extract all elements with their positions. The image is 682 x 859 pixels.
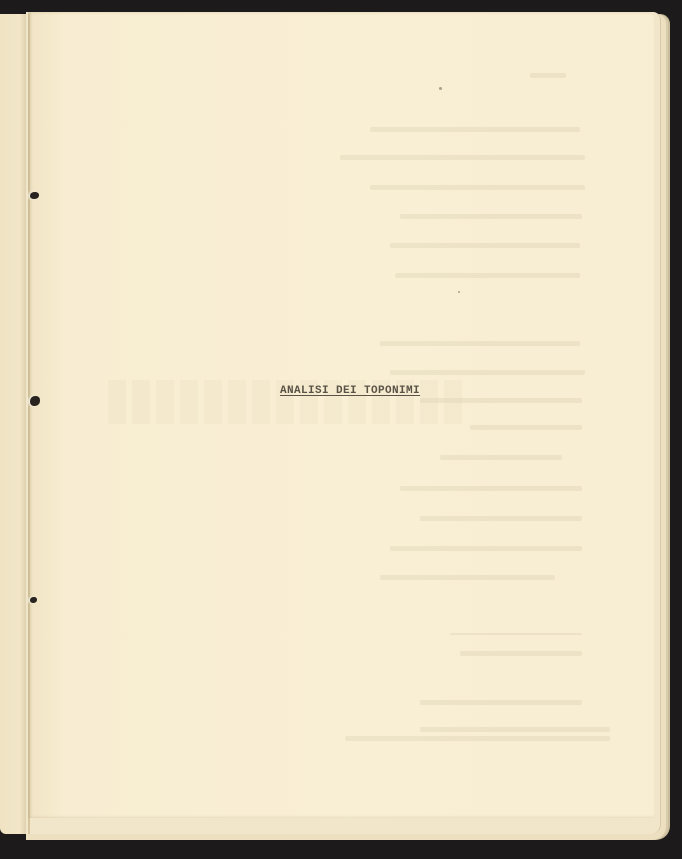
binding-gutter: [28, 14, 30, 834]
bleed-through-line: [390, 370, 585, 375]
section-heading: ANALISI DEI TOPONIMI: [280, 385, 420, 397]
bleed-through-line: [400, 214, 582, 219]
bleed-through-line: [530, 73, 566, 78]
bleed-through-line: [420, 727, 610, 732]
paper-speck: [439, 87, 442, 90]
paper-speck: [458, 291, 460, 293]
bleed-through-line: [340, 155, 585, 160]
previous-page-edge: [0, 14, 28, 834]
punch-hole: [30, 396, 40, 406]
bleed-through-line: [460, 651, 582, 656]
document-scan: ANALISI DEI TOPONIMI: [0, 0, 682, 859]
bleed-through-line: [370, 127, 580, 132]
bleed-through-line: [345, 736, 610, 741]
bleed-through-line: [380, 341, 580, 346]
punch-hole: [30, 192, 39, 199]
bleed-through-line: [470, 425, 582, 430]
bleed-through-line: [420, 516, 582, 521]
punch-hole: [30, 597, 37, 603]
bleed-through-line: [380, 575, 555, 580]
bleed-through-line: [440, 455, 562, 460]
bleed-through-line: [400, 486, 582, 491]
bleed-through-line: [370, 185, 585, 190]
bleed-through-line: [395, 273, 580, 278]
bleed-through-line: [390, 546, 582, 551]
bleed-through-line: [420, 700, 582, 705]
bleed-through-line: [390, 243, 580, 248]
bleed-through-line: [450, 633, 582, 635]
